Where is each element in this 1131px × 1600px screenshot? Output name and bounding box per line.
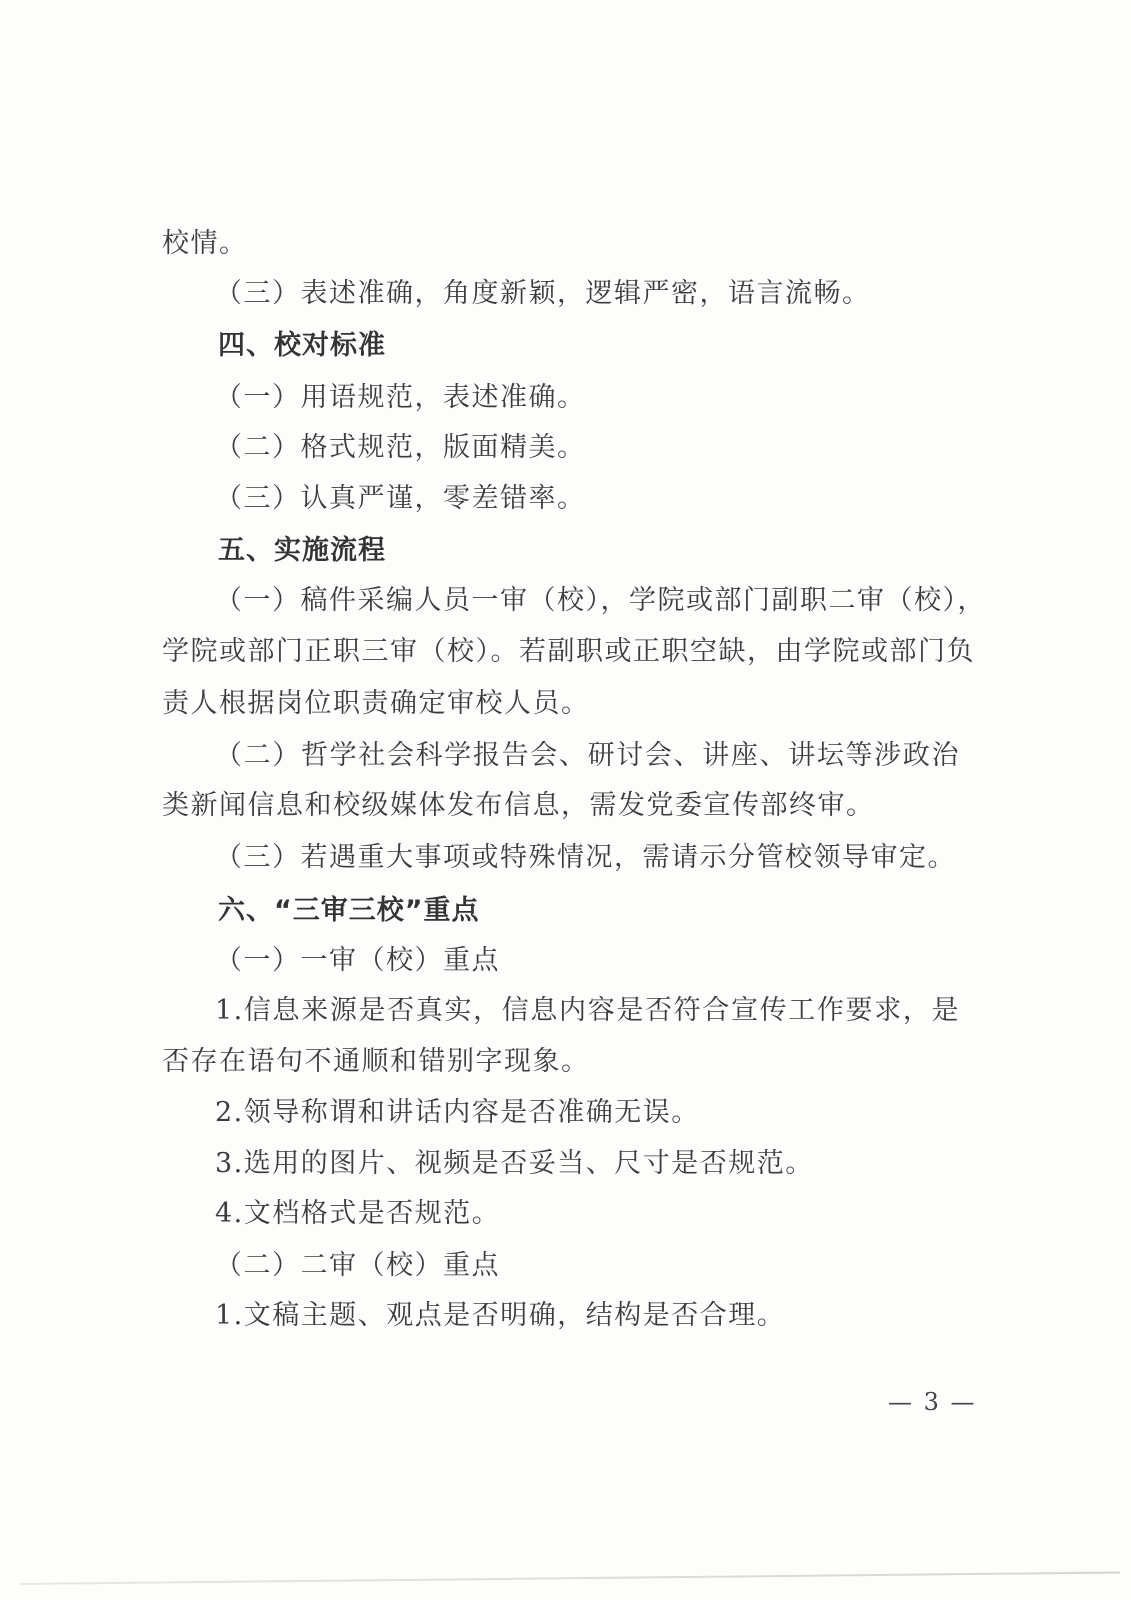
- list-item: 1.信息来源是否真实，信息内容是否符合宣传工作要求，是: [215, 995, 960, 1027]
- body-paragraph: （一）用语规范，表述准确。: [215, 382, 586, 414]
- list-item: 2.领导称谓和讲话内容是否准确无误。: [215, 1097, 700, 1129]
- body-paragraph-continuation: 责人根据岗位职责确定审校人员。: [162, 688, 590, 720]
- list-item-continuation: 否存在语句不通顺和错别字现象。: [162, 1046, 590, 1078]
- page-number: — 3 —: [888, 1387, 977, 1417]
- subsection-heading: （一）一审（校）重点: [215, 945, 500, 977]
- body-paragraph: （一）稿件采编人员一审（校），学院或部门副职二审（校），: [215, 585, 960, 617]
- body-paragraph: （二）格式规范，版面精美。: [215, 432, 586, 464]
- section-heading-key-points: 六、“三审三校”重点: [218, 895, 480, 927]
- page-edge-divider: [20, 1571, 1120, 1585]
- document-page: 校情。 （三）表述准确，角度新颖，逻辑严密，语言流畅。 四、校对标准 （一）用语…: [0, 0, 1131, 1600]
- list-item: 4.文档格式是否规范。: [215, 1198, 500, 1230]
- section-heading-proofreading-standards: 四、校对标准: [218, 330, 386, 362]
- body-paragraph-continuation: 学院或部门正职三审（校）。若副职或正职空缺，由学院或部门负: [162, 636, 960, 668]
- body-paragraph: （二）哲学社会科学报告会、研讨会、讲座、讲坛等涉政治: [215, 740, 960, 772]
- body-line-continuation: 校情。: [162, 228, 248, 260]
- body-paragraph: （三）表述准确，角度新颖，逻辑严密，语言流畅。: [215, 278, 871, 310]
- section-heading-implementation-process: 五、实施流程: [218, 535, 386, 567]
- body-paragraph: （三）认真严谨，零差错率。: [215, 483, 586, 515]
- list-item: 3.选用的图片、视频是否妥当、尺寸是否规范。: [215, 1148, 814, 1180]
- subsection-heading: （二）二审（校）重点: [215, 1250, 500, 1282]
- body-paragraph: （三）若遇重大事项或特殊情况，需请示分管校领导审定。: [215, 842, 956, 874]
- body-paragraph-continuation: 类新闻信息和校级媒体发布信息，需发党委宣传部终审。: [162, 790, 875, 822]
- list-item: 1.文稿主题、观点是否明确，结构是否合理。: [215, 1300, 785, 1332]
